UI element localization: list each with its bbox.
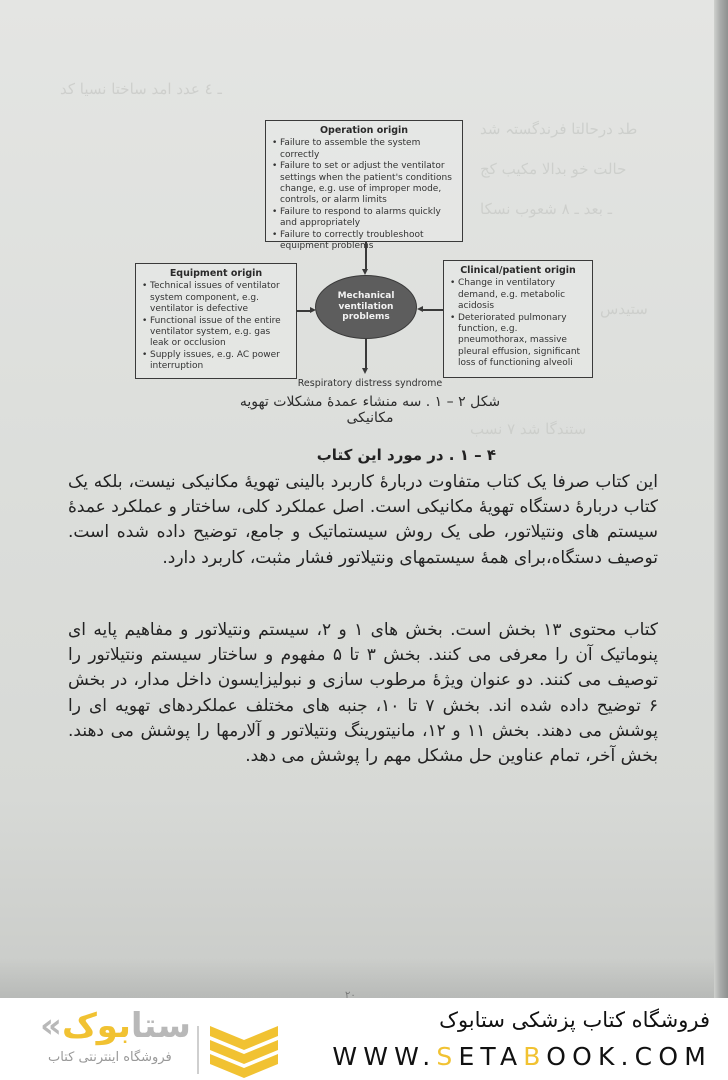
list-item: Failure to correctly troubleshoot equipm… <box>272 230 456 253</box>
clinical-patient-origin-box: Clinical/patient origin Change in ventil… <box>443 260 593 378</box>
equipment-origin-list: Technical issues of ventilator system co… <box>142 281 290 372</box>
mechanical-ventilation-problems-node: Mechanical ventilation problems <box>315 275 417 339</box>
operation-origin-list: Failure to assemble the system correctly… <box>272 138 456 252</box>
center-label-line: ventilation <box>316 302 416 313</box>
setabook-logo[interactable]: «ستابوک فروشگاه اینترنتی کتاب <box>30 1006 290 1074</box>
equipment-origin-title: Equipment origin <box>142 268 290 279</box>
list-item: Failure to respond to alarms quickly and… <box>272 207 456 230</box>
url-part-highlight: S <box>436 1042 458 1071</box>
chevron-stack-logo-icon <box>210 1026 278 1078</box>
url-part-highlight: B <box>523 1042 546 1071</box>
page-edge <box>714 0 728 998</box>
book-page: ـ ٤ عدد امد ساختا نسیا کد طد درحالتا فرن… <box>0 0 728 998</box>
connector-line <box>365 339 367 369</box>
arrow-down-icon <box>362 368 368 374</box>
connector-line <box>365 242 367 270</box>
page-shadow <box>0 958 728 998</box>
url-part: WWW. <box>332 1042 436 1071</box>
equipment-origin-box: Equipment origin Technical issues of ven… <box>135 263 297 379</box>
operation-origin-title: Operation origin <box>272 125 456 136</box>
logo-wordmark: «ستابوک <box>40 1006 191 1046</box>
clinical-origin-list: Change in ventilatory demand, e.g. metab… <box>450 278 586 369</box>
outcome-label: Respiratory distress syndrome <box>280 378 460 389</box>
store-banner: «ستابوک فروشگاه اینترنتی کتاب فروشگاه کت… <box>0 998 728 1080</box>
list-item: Failure to set or adjust the ventilator … <box>272 161 456 207</box>
arrow-left-icon <box>417 306 423 312</box>
paragraph: کتاب محتوی ۱۳ بخش است. بخش های ۱ و ۲، سی… <box>68 618 658 769</box>
list-item: Deteriorated pulmonary function, e.g. pn… <box>450 313 586 370</box>
paragraph: این کتاب صرفا یک کتاب متفاوت دربارۀ کارب… <box>68 470 658 571</box>
list-item: Failure to assemble the system correctly <box>272 138 456 161</box>
operation-origin-box: Operation origin Failure to assemble the… <box>265 120 463 242</box>
show-through-text: ستيدس <box>600 300 648 318</box>
list-item: Change in ventilatory demand, e.g. metab… <box>450 278 586 312</box>
show-through-text: ـ ٤ عدد امد ساختا نسیا کد <box>60 80 222 98</box>
connector-line <box>422 309 443 311</box>
list-item: Technical issues of ventilator system co… <box>142 281 290 315</box>
center-label-line: problems <box>316 312 416 323</box>
store-url-link[interactable]: WWW.SETABOOK.COM <box>332 1042 712 1071</box>
show-through-text: حالت خو بدالا مكيب كج <box>480 160 626 178</box>
url-part: OOK.COM <box>546 1042 712 1071</box>
list-item: Functional issue of the entire ventilato… <box>142 316 290 350</box>
center-label-line: Mechanical <box>316 291 416 302</box>
logo-wordmark-gold: بوک <box>62 1006 131 1046</box>
logo-divider <box>197 1026 199 1074</box>
store-name: فروشگاه کتاب پزشکی ستابوک <box>439 1008 710 1032</box>
section-heading: ۴ – ۱ . در مورد این کتاب <box>317 446 496 464</box>
show-through-text: طد درحالتا فرندگستہ شد <box>480 120 637 138</box>
list-item: Supply issues, e.g. AC power interruptio… <box>142 350 290 373</box>
url-part: ETA <box>458 1042 523 1071</box>
figure-caption: شکل ۲ – ۱ . سه منشاء عمدۀ مشکلات تهویه م… <box>220 394 520 426</box>
show-through-text: ـ بعد ـ ٨ شعوب نسكا <box>480 200 612 218</box>
connector-line <box>297 310 311 312</box>
logo-subtitle: فروشگاه اینترنتی کتاب <box>48 1050 172 1065</box>
clinical-origin-title: Clinical/patient origin <box>450 265 586 276</box>
